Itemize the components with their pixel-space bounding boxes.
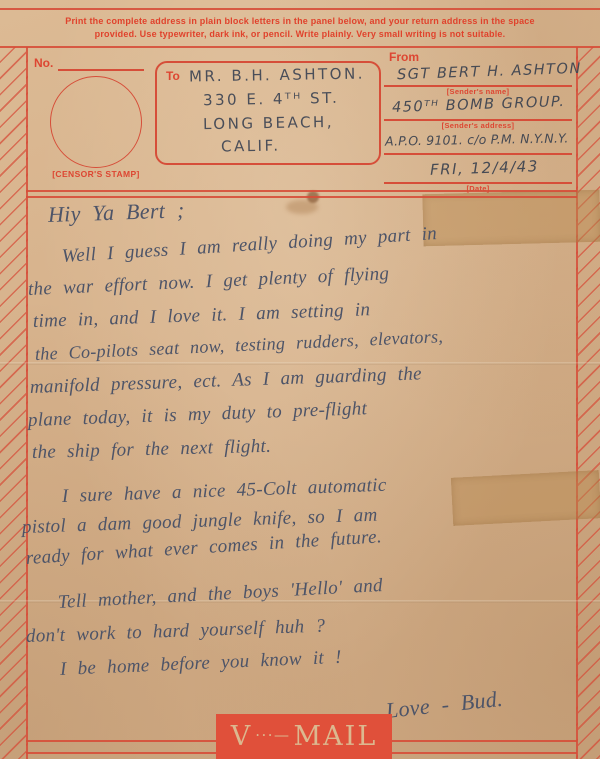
vmail-letter-sheet: Print the complete address in plain bloc… bbox=[0, 0, 600, 759]
header-instructions: Print the complete address in plain bloc… bbox=[0, 15, 600, 41]
to-label: To bbox=[166, 69, 180, 83]
to-address-box: To MR. B.H. ASHTON. 330 E. 4ᵀᴴ ST. LONG … bbox=[155, 61, 381, 165]
sender-name: SGT BERT H. ASHTON bbox=[397, 61, 582, 83]
letter-line: the Co-pilots seat now, testing rudders,… bbox=[35, 326, 444, 365]
letter-line: Tell mother, and the boys 'Hello' and bbox=[57, 575, 383, 614]
right-hatch-border bbox=[576, 47, 600, 759]
letter-line: don't work to hard yourself huh ? bbox=[26, 616, 326, 648]
left-hatch-border bbox=[0, 47, 28, 759]
separator-rule-1 bbox=[26, 190, 577, 192]
top-rule bbox=[0, 8, 600, 10]
instruction-line-2: provided. Use typewriter, dark ink, or p… bbox=[0, 28, 600, 41]
letter-date: FRI, 12/4/43 bbox=[430, 157, 539, 179]
letter-line: manifold pressure, ect. As I am guarding… bbox=[30, 363, 423, 399]
sender-apo: A.P.O. 9101. c/o P.M. N.Y.N.Y. bbox=[385, 130, 569, 148]
separator-rule-2 bbox=[26, 196, 577, 198]
censor-stamp-caption: [CENSOR'S STAMP] bbox=[32, 169, 160, 179]
letter-line: plane today, it is my duty to pre-flight bbox=[28, 398, 368, 432]
paper-stain bbox=[286, 200, 318, 214]
letter-line: the ship for the next flight. bbox=[32, 436, 272, 464]
censor-stamp-circle bbox=[50, 76, 142, 168]
letter-line: Well I guess I am really doing my part i… bbox=[61, 223, 437, 268]
letter-greeting: Hiy Ya Bert ; bbox=[48, 197, 185, 228]
vmail-logo-mail: MAIL bbox=[294, 721, 378, 752]
to-address-line-1: MR. B.H. ASHTON. bbox=[189, 64, 365, 85]
letter-line: I be home before you know it ! bbox=[60, 647, 343, 681]
sender-unit: 450ᵀᴴ BOMB GROUP. bbox=[392, 94, 566, 116]
signature: Love - Bud. bbox=[385, 686, 504, 724]
to-address-line-2: 330 E. 4ᵀᴴ ST. bbox=[203, 89, 340, 109]
tape-stain-middle bbox=[451, 470, 600, 526]
header-rule bbox=[0, 46, 600, 48]
vmail-logo-v: V bbox=[231, 721, 253, 752]
from-label: From bbox=[389, 50, 419, 64]
tape-stain-top bbox=[422, 190, 600, 247]
instruction-line-1: Print the complete address in plain bloc… bbox=[0, 15, 600, 28]
letter-line: I sure have a nice 45-Colt automatic bbox=[62, 475, 387, 508]
letter-line: the war effort now. I get plenty of flyi… bbox=[28, 263, 390, 301]
sender-apo-rule bbox=[384, 153, 572, 155]
vmail-logo: V ···— MAIL bbox=[216, 714, 392, 759]
to-address-line-3: LONG BEACH, bbox=[203, 113, 334, 133]
sender-address-caption: [Sender's address] bbox=[384, 121, 572, 130]
vmail-morse-code: ···— bbox=[255, 726, 290, 744]
letter-line: time in, and I love it. I am setting in bbox=[33, 299, 371, 333]
to-address-line-4: CALIF. bbox=[221, 136, 281, 155]
censor-no-label: No. bbox=[34, 56, 53, 70]
censor-no-rule bbox=[58, 69, 144, 71]
